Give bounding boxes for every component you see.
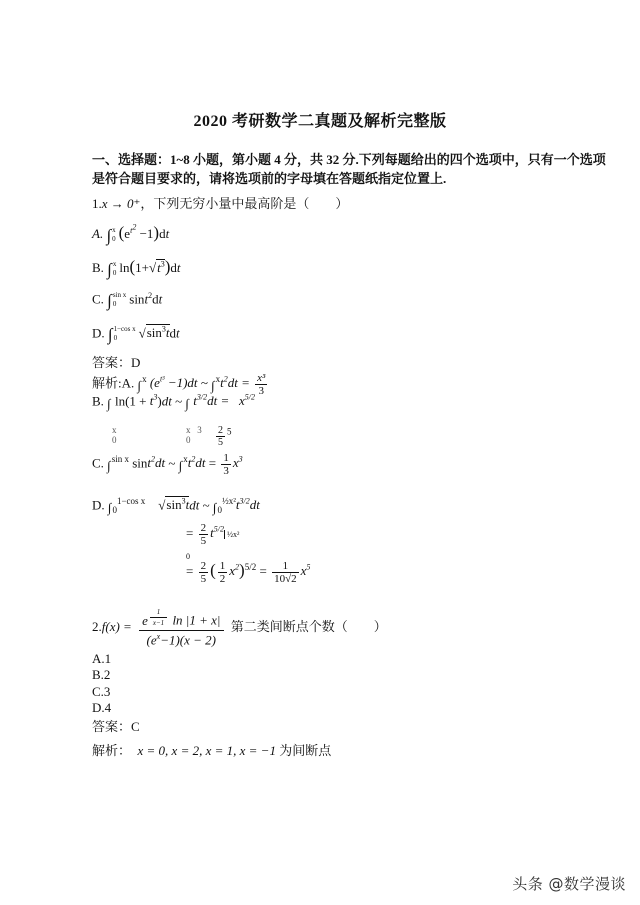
option-label: B.: [92, 260, 104, 275]
section-instructions-line2: 是符合题目要求的，请将选项前的字母填在答题纸指定位置上.: [92, 168, 446, 187]
q1-option-d: D. ∫1−cos x0√sin3tdt: [92, 325, 180, 345]
answer-label: 答案：: [92, 355, 131, 370]
analysis-option-label: B.: [92, 393, 104, 408]
analysis-option-label: A.: [122, 375, 135, 390]
q1-analysis-d-step2: = 25t5/2½x²0: [186, 522, 239, 563]
function-fraction: e1x−1 ln |1 + x| (ex−1)(x − 2): [139, 608, 223, 648]
option-label: C.: [92, 684, 104, 699]
q1-option-a: A. ∫x0(et2 −1)dt: [92, 222, 169, 246]
option-label: B.: [92, 667, 104, 682]
question-number: 2.: [92, 619, 102, 634]
function-name: f(x) =: [102, 619, 132, 634]
q2-analysis: 解析： x = 0, x = 2, x = 1, x = −1 为间断点: [92, 740, 331, 759]
analysis-text: 为间断点: [279, 743, 331, 758]
analysis-label: 解析：: [92, 743, 131, 758]
analysis-option-label: D.: [92, 497, 105, 512]
q2-option-c: C.3: [92, 684, 110, 700]
option-label: C.: [92, 291, 104, 306]
analysis-label: 解析:: [92, 375, 122, 390]
q2-option-a: A.1: [92, 651, 111, 667]
q1-analysis-b: B. ∫ ln(1 + t3)dt ~ ∫ t3/2dt = x5/2: [92, 393, 255, 412]
option-value: 4: [105, 700, 112, 715]
analysis-b-coef: 255: [214, 425, 232, 448]
q1-analysis-c: C. ∫sin x sint2dt ~ ∫xt2dt = 13x3: [92, 452, 243, 477]
option-value: 1: [105, 651, 112, 666]
analysis-math: x = 0, x = 2, x = 1, x = −1: [138, 743, 276, 758]
question-1-stem: 1.x → 0⁺，下列无穷小量中最高阶是（ ）: [92, 193, 348, 212]
section-instructions-line1: 一、选择题：1~8 小题，第小题 4 分，共 32 分.下列每题给出的四个选项中…: [92, 149, 606, 168]
watermark: 头条 @数学漫谈: [512, 873, 626, 894]
option-value: 3: [104, 684, 111, 699]
result-numerator: x³: [255, 372, 267, 385]
limit-condition: x → 0⁺: [102, 196, 141, 211]
question-text: ，下列无穷小量中最高阶是（ ）: [140, 196, 348, 211]
question-2-stem: 2.f(x) = e1x−1 ln |1 + x| (ex−1)(x − 2) …: [92, 608, 387, 648]
analysis-b-limits-2: x 30: [186, 425, 202, 445]
q2-option-b: B.2: [92, 667, 110, 683]
answer-label: 答案：: [92, 719, 131, 734]
option-label: A.: [92, 226, 103, 241]
q1-answer: 答案：D: [92, 352, 140, 371]
option-label: D.: [92, 325, 105, 340]
q1-analysis-d-step3: = 25(12x2)5/2 = 110√2x5: [186, 560, 310, 585]
answer-value: D: [131, 355, 140, 370]
analysis-option-label: C.: [92, 455, 104, 470]
question-text: 第二类间断点个数（ ）: [231, 619, 387, 634]
result-denominator: 3: [255, 385, 267, 397]
q1-analysis-d: D. ∫01−cos x √sin3tdt ~ ∫0½x²t3/2dt: [92, 496, 260, 516]
q1-option-b: B. ∫x0ln(1+√t3)dt: [92, 257, 181, 280]
q2-answer: 答案：C: [92, 716, 140, 735]
option-label: D.: [92, 700, 105, 715]
q1-option-c: C. ∫sin x0sint2dt: [92, 291, 162, 311]
answer-value: C: [131, 719, 140, 734]
option-label: A.: [92, 651, 105, 666]
page-title: 2020 考研数学二真题及解析完整版: [0, 108, 640, 131]
question-number: 1.: [92, 196, 102, 211]
q2-option-d: D.4: [92, 700, 111, 716]
analysis-b-limits: x0: [112, 425, 117, 445]
option-value: 2: [104, 667, 111, 682]
